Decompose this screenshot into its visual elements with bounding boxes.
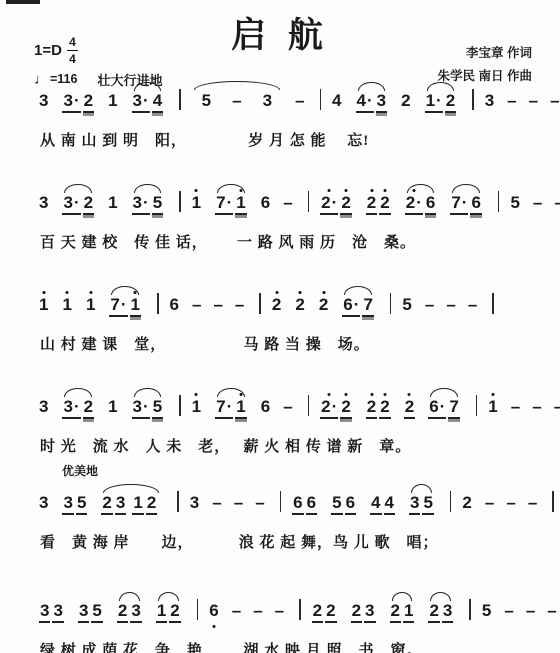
note-1: 1: [235, 398, 246, 419]
beam-group: 23: [100, 494, 127, 515]
note-5: 5: [331, 494, 342, 515]
augmentation-dot: ·: [143, 193, 149, 212]
lyrics-line: 看 黄 海 岸 边， 浪 花 起 舞，鸟 儿 歌 唱；: [0, 531, 560, 552]
augmentation-dot: ·: [227, 397, 233, 416]
note-7: 7·: [215, 398, 233, 419]
augmentation-dot: ·: [332, 193, 338, 212]
augmentation-dot: ·: [121, 295, 127, 314]
note-2: 2: [390, 602, 401, 623]
beam-group: 12: [131, 494, 158, 515]
note-2: 2: [366, 398, 377, 419]
augmentation-dot: ·: [143, 397, 149, 416]
note-3: 3: [130, 602, 141, 623]
notation-line: 333523126–––222321235–––: [0, 586, 560, 625]
note-2: 2: [318, 296, 329, 315]
note-7: 7·: [109, 296, 127, 317]
note-4: 4: [384, 494, 395, 515]
note-digit: 3: [53, 601, 62, 620]
note-4: 4: [152, 92, 163, 113]
note-digit: 2: [380, 193, 389, 212]
duration-dash: –: [283, 397, 292, 417]
note-digit: 3: [365, 601, 374, 620]
slur-group: 7·1: [214, 398, 248, 419]
music-system-3: 1117·16–––2226·75––– 山 村 建 课 堂， 马 路 当 操 …: [0, 280, 560, 354]
note-5: 5: [76, 494, 87, 515]
duration-dash: –: [533, 193, 542, 213]
note-digit: 6: [343, 295, 352, 314]
slur-group: 6·7: [427, 398, 461, 419]
barline: [390, 293, 392, 314]
barline: [177, 491, 179, 512]
note-digit: 2: [272, 295, 281, 314]
note-3: 3: [38, 494, 49, 513]
note-2: 2: [400, 92, 411, 111]
note-digit: 2: [380, 397, 389, 416]
slur-group: 7·1: [108, 296, 142, 317]
note-2: 2: [294, 296, 305, 315]
fraction-line: [67, 50, 78, 52]
note-digit: 2: [84, 193, 93, 212]
octave-dot-high: [370, 393, 373, 396]
note-digit: 1: [62, 295, 71, 314]
note-5: 5: [201, 92, 212, 111]
note-3: 3·: [132, 398, 150, 419]
octave-dot-high: [42, 291, 45, 294]
augmentation-dot: ·: [227, 193, 233, 212]
note-3: 3: [364, 602, 375, 623]
note-1: 1: [191, 194, 202, 213]
duration-dash: –: [275, 601, 284, 621]
note-digit: 3: [377, 91, 386, 110]
note-digit: 2: [341, 193, 350, 212]
note-digit: 3: [79, 601, 88, 620]
barline: [469, 599, 471, 620]
slur-group: 35: [408, 494, 435, 515]
note-digit: 1: [192, 397, 201, 416]
note-4: 4: [331, 92, 342, 111]
note-2: 2: [366, 194, 377, 215]
note-2: 2: [146, 494, 157, 515]
music-system-1: 33·213·45–3–44·321·23––– 从 南 山 到 明 阳， 岁 …: [0, 76, 560, 150]
note-digit: 3: [133, 193, 142, 212]
note-2: 2: [169, 602, 180, 623]
note-digit: 2: [367, 193, 376, 212]
beam-group: 23: [350, 602, 377, 623]
note-digit: 2: [326, 601, 335, 620]
note-digit: 3: [116, 493, 125, 512]
octave-dot-high: [492, 393, 495, 396]
note-digit: 2: [352, 601, 361, 620]
barline: [157, 293, 159, 314]
octave-dot-high: [134, 291, 137, 294]
beam-group: 35: [77, 602, 104, 623]
note-3: 3: [376, 92, 387, 113]
note-digit: 6: [293, 493, 302, 512]
beam-group: 44: [369, 494, 396, 515]
note-1: 1: [107, 194, 118, 213]
note-3: 3·: [62, 92, 80, 113]
octave-dot-high: [240, 393, 243, 396]
note-2: 2: [325, 602, 336, 623]
slur-group: 3·2: [61, 398, 95, 419]
barline: [492, 293, 494, 314]
note-digit: 5: [332, 493, 341, 512]
augmentation-dot: ·: [74, 91, 80, 110]
note-digit: 5: [153, 397, 162, 416]
duration-dash: –: [283, 193, 292, 213]
note-digit: 3: [39, 397, 48, 416]
octave-dot-high: [345, 189, 348, 192]
octave-dot-high: [345, 393, 348, 396]
barline: [450, 491, 452, 512]
lyrics-line: 从 南 山 到 明 阳， 岁 月 怎 能 忘!: [0, 129, 560, 150]
duration-dash: –: [212, 493, 221, 513]
octave-dot-high: [195, 189, 198, 192]
note-6: 6: [425, 194, 436, 215]
notation-line: 1117·16–––2226·75–––: [0, 280, 560, 319]
note-digit: 2: [84, 91, 93, 110]
duration-dash: –: [554, 397, 560, 417]
duration-dash: –: [507, 91, 516, 111]
duration-dash: –: [295, 91, 304, 111]
barline: [320, 89, 322, 110]
note-digit: 5: [202, 91, 211, 110]
note-digit: 1: [236, 397, 245, 416]
augmentation-dot: ·: [143, 91, 149, 110]
time-signature-bottom: 4: [69, 53, 76, 65]
note-2: 2: [312, 602, 323, 623]
beam-group: 2·2: [319, 398, 353, 419]
note-digit: 7: [449, 397, 458, 416]
note-6: 6: [260, 194, 271, 213]
note-digit: 5: [482, 601, 491, 620]
note-digit: 6: [261, 397, 270, 416]
note-6: 6: [306, 494, 317, 515]
duration-dash: –: [468, 295, 477, 315]
note-7: 7: [362, 296, 373, 317]
duration-dash: –: [554, 193, 560, 213]
duration-dash: –: [213, 295, 222, 315]
note-6: 6: [292, 494, 303, 515]
slur-group: 23: [116, 602, 143, 623]
duration-dash: –: [550, 91, 559, 111]
barline: [552, 491, 554, 512]
note-4: 4·: [356, 92, 374, 113]
slur-group: 7·6: [449, 194, 483, 215]
slur-group: 21: [389, 602, 416, 623]
note-digit: 2: [446, 91, 455, 110]
note-digit: 7: [363, 295, 372, 314]
note-digit: 6: [209, 601, 218, 620]
note-7: 7: [448, 398, 459, 419]
octave-dot-high: [383, 189, 386, 192]
note-1: 1: [235, 194, 246, 215]
note-digit: 5: [92, 601, 101, 620]
note-5: 5: [422, 494, 433, 515]
duration-dash: –: [526, 601, 535, 621]
note-2: 2·: [320, 398, 338, 419]
octave-dot-low: [212, 625, 215, 628]
slur-group: 5–3: [191, 91, 283, 111]
augmentation-dot: ·: [367, 91, 373, 110]
note-digit: 3: [133, 91, 142, 110]
note-digit: 5: [153, 193, 162, 212]
note-digit: 5: [510, 193, 519, 212]
note-3: 3·: [132, 92, 150, 113]
note-2: 2: [101, 494, 112, 515]
note-2: 2·: [320, 194, 338, 215]
slur-group: 2312: [100, 494, 162, 515]
note-4: 4: [370, 494, 381, 515]
octave-dot-high: [89, 291, 92, 294]
note-digit: 2: [405, 397, 414, 416]
note-1: 1: [107, 398, 118, 417]
note-1: 1: [130, 296, 141, 317]
note-digit: 2: [84, 397, 93, 416]
note-1: 1: [61, 296, 72, 315]
beam-group: 3·2: [61, 92, 95, 113]
note-2: 2: [461, 494, 472, 513]
note-1: 1: [156, 602, 167, 623]
barline: [299, 599, 301, 620]
beam-group: 56: [330, 494, 357, 515]
key-signature: 1=D 4 4: [34, 36, 162, 65]
time-signature: 4 4: [67, 36, 78, 65]
note-digit: 1: [86, 295, 95, 314]
note-digit: 3: [40, 601, 49, 620]
note-3: 3: [38, 194, 49, 213]
beam-group: 22: [311, 602, 338, 623]
note-1: 1: [85, 296, 96, 315]
note-digit: 4: [153, 91, 162, 110]
note-digit: 2: [295, 295, 304, 314]
note-2: 2: [351, 602, 362, 623]
note-digit: 5: [402, 295, 411, 314]
note-digit: 6: [429, 397, 438, 416]
lyricist-credit: 李宝章 作词: [438, 42, 532, 65]
note-digit: 2: [367, 397, 376, 416]
barline: [179, 191, 181, 212]
note-digit: 3: [131, 601, 140, 620]
note-digit: 1: [108, 397, 117, 416]
note-7: 7·: [450, 194, 468, 215]
note-3: 3: [262, 92, 273, 111]
note-3: 3: [52, 602, 63, 623]
octave-dot-high: [328, 189, 331, 192]
duration-dash: –: [425, 295, 434, 315]
octave-dot-high: [66, 291, 69, 294]
beam-group: 33: [38, 602, 65, 623]
note-3: 3: [38, 92, 49, 111]
note-digit: 2: [147, 493, 156, 512]
augmentation-dot: ·: [74, 193, 80, 212]
note-digit: 6: [346, 493, 355, 512]
barline: [472, 89, 474, 110]
augmentation-dot: ·: [416, 193, 422, 212]
note-2: 2: [379, 194, 390, 215]
note-1: 1·: [425, 92, 443, 113]
note-1: 1: [107, 92, 118, 111]
note-6: 6: [169, 296, 180, 315]
note-digit: 2: [319, 295, 328, 314]
note-2: 2·: [405, 194, 423, 215]
barline: [179, 395, 181, 416]
beam-group: 22: [365, 194, 392, 215]
note-digit: 3: [443, 601, 452, 620]
note-2: 2: [428, 602, 439, 623]
note-1: 1: [38, 296, 49, 315]
beam-group: 66: [291, 494, 318, 515]
note-3: 3: [78, 602, 89, 623]
note-digit: 1: [426, 91, 435, 110]
duration-dash: –: [446, 295, 455, 315]
note-digit: 1: [39, 295, 48, 314]
slur-group: 12: [155, 602, 182, 623]
note-digit: 5: [77, 493, 86, 512]
augmentation-dot: ·: [436, 91, 442, 110]
notation-line: 33523123–––665644352–––: [0, 478, 560, 517]
duration-dash: –: [255, 493, 264, 513]
note-digit: 6: [261, 193, 270, 212]
augmentation-dot: ·: [440, 397, 446, 416]
note-digit: 5: [423, 493, 432, 512]
note-2: 2: [340, 194, 351, 215]
barline: [280, 491, 282, 512]
octave-dot-high: [328, 393, 331, 396]
note-digit: 2: [341, 397, 350, 416]
note-6: 6·: [428, 398, 446, 419]
time-signature-top: 4: [69, 36, 76, 48]
note-3: 3: [409, 494, 420, 515]
note-digit: 4: [332, 91, 341, 110]
note-2: 2: [340, 398, 351, 419]
slur-group: 3·5: [131, 398, 165, 419]
duration-dash: –: [253, 601, 262, 621]
note-3: 3: [39, 602, 50, 623]
note-digit: 1: [131, 295, 140, 314]
augmentation-dot: ·: [74, 397, 80, 416]
duration-dash: –: [232, 601, 241, 621]
note-2: 2: [445, 92, 456, 113]
note-2: 2: [83, 92, 94, 113]
octave-dot-high: [370, 189, 373, 192]
music-system-5: 优美地 33523123–––665644352––– 看 黄 海 岸 边， 浪…: [0, 462, 560, 552]
note-1: 1: [487, 398, 498, 417]
duration-dash: –: [235, 295, 244, 315]
note-digit: 3: [410, 493, 419, 512]
note-5: 5: [509, 194, 520, 213]
note-2: 2: [117, 602, 128, 623]
note-digit: 3: [39, 193, 48, 212]
slur-group: 7·1: [214, 194, 248, 215]
beam-group: 35: [61, 494, 88, 515]
barline: [498, 191, 500, 212]
note-digit: 7: [216, 397, 225, 416]
slur-group: 3·5: [131, 194, 165, 215]
notation-line: 33·213·45–3–44·321·23–––: [0, 76, 560, 115]
barline: [259, 293, 261, 314]
note-5: 5: [152, 194, 163, 215]
lyrics-line: 百 天 建 校 传 佳 话， 一 路 风 雨 历 沧 桑。: [0, 231, 560, 252]
note-6: 6: [208, 602, 219, 621]
barline: [308, 191, 310, 212]
music-system-6: 333523126–––222321235––– 绿 树 成 荫 花 争 艳， …: [0, 586, 560, 653]
lyrics-line: 绿 树 成 荫 花 争 艳， 湖 水 映 月 照 书 窗。: [0, 639, 560, 653]
note-digit: 1: [488, 397, 497, 416]
section-expression-label: 优美地: [0, 462, 560, 478]
note-2: 2: [83, 398, 94, 419]
beam-group: 2·2: [319, 194, 353, 215]
barline: [476, 395, 478, 416]
note-digit: 4: [357, 91, 366, 110]
note-5: 5: [91, 602, 102, 623]
note-digit: 3: [63, 493, 72, 512]
music-system-2: 33·213·517·16–2·2222·67·65––– 百 天 建 校 传 …: [0, 178, 560, 252]
note-3: 3·: [62, 194, 80, 215]
note-digit: 2: [321, 397, 330, 416]
note-digit: 2: [462, 493, 471, 512]
note-digit: 2: [401, 91, 410, 110]
augmentation-dot: ·: [354, 295, 360, 314]
notation-line: 33·213·517·16–2·2222·67·65–––: [0, 178, 560, 217]
note-digit: 1: [236, 193, 245, 212]
octave-dot-high: [195, 393, 198, 396]
octave-dot-high: [240, 189, 243, 192]
note-digit: 6: [170, 295, 179, 314]
note-3: 3: [115, 494, 126, 515]
note-digit: 7: [451, 193, 460, 212]
slur-group: 23: [427, 602, 454, 623]
note-digit: 3: [39, 91, 48, 110]
note-digit: 1: [192, 193, 201, 212]
note-digit: 1: [108, 91, 117, 110]
note-digit: 4: [385, 493, 394, 512]
note-digit: 2: [118, 601, 127, 620]
note-digit: 1: [133, 493, 142, 512]
note-5: 5: [401, 296, 412, 315]
note-digit: 4: [371, 493, 380, 512]
notation-line: 33·213·517·16–2·22226·71–––: [0, 382, 560, 421]
note-2: 2: [379, 398, 390, 419]
note-digit: 2: [429, 601, 438, 620]
note-6: 6: [345, 494, 356, 515]
duration-dash: –: [506, 493, 515, 513]
key-label: 1=D: [34, 42, 62, 59]
note-3: 3: [189, 494, 200, 513]
duration-dash: –: [528, 493, 537, 513]
note-1: 1: [132, 494, 143, 515]
note-digit: 3: [190, 493, 199, 512]
note-digit: 2: [406, 193, 415, 212]
octave-dot-high: [322, 291, 325, 294]
note-digit: 2: [321, 193, 330, 212]
note-6: 6: [470, 194, 481, 215]
lyrics-line: 山 村 建 课 堂， 马 路 当 操 场。: [0, 333, 560, 354]
augmentation-dot: ·: [462, 193, 468, 212]
beam-group: 22: [365, 398, 392, 419]
augmentation-dot: ·: [332, 397, 338, 416]
note-3: 3: [62, 494, 73, 515]
duration-dash: –: [511, 397, 520, 417]
note-digit: 3: [263, 91, 272, 110]
duration-dash: –: [547, 601, 556, 621]
note-digit: 6: [426, 193, 435, 212]
lyrics-line: 时 光 流 水 人 未 老， 薪 火 相 传 谱 新 章。: [0, 435, 560, 456]
slur-group: 3·2: [61, 194, 95, 215]
slur-group: 4·3: [355, 92, 389, 113]
note-2: 2: [83, 194, 94, 215]
slur-group: 3·4: [131, 92, 165, 113]
